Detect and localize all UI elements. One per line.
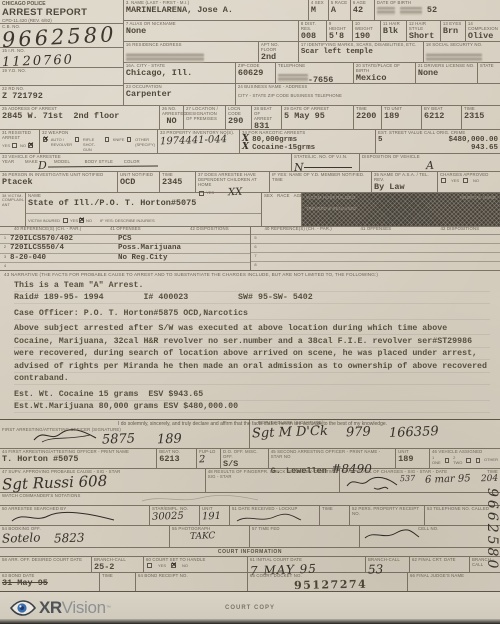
sig1-star-handwritten: 5875 xyxy=(102,432,136,446)
transport-beat-field: BY BEAT 6212 xyxy=(422,106,462,129)
officer1-fup-field: FUP-LD 2 xyxy=(197,449,221,468)
arrest-address-value: 2845 W. 71st 2nd floor xyxy=(2,112,157,121)
court-set-no-label: NO xyxy=(182,563,188,568)
offense-row-number: 3 xyxy=(0,254,10,262)
apartment-value: 2nd xyxy=(261,53,296,62)
victim-injured-label: VICTIM INJURED xyxy=(28,218,60,223)
victim-section-label: 38 VICTIM-COMPLAIN- ANT xyxy=(2,194,23,207)
searched-unit-handwritten: 191 xyxy=(202,512,227,523)
arrest-date-value: 5 May 95 xyxy=(284,112,351,121)
premises-field: 27 LOCATION / DESIGNATION OF PREMISES xyxy=(184,106,226,129)
offense-row-number: 2 xyxy=(0,244,10,252)
fingerprint-time-label: TIME xyxy=(326,470,337,480)
yd-number-field: 19 Y.D. NO. xyxy=(0,68,123,87)
asa-value: By Law xyxy=(374,183,435,192)
vehicle-other-checkbox-icon xyxy=(476,458,480,463)
sig1-field: FIRST ARRESTING/ATTESTING OFFICER (SIGNA… xyxy=(0,420,250,448)
custody-row: 50 ARRESTEE SEARCHED BY STAR/EMPL. NO. 3… xyxy=(0,506,500,526)
business-sublabel: CITY - STATE ZIP CODE BUSINESS TELEPHONE xyxy=(238,94,498,99)
weapon-other-checkbox-icon xyxy=(127,137,131,142)
city-field: 16A. CITY - STATE Chicago, Ill. xyxy=(124,63,236,83)
dob-month-redaction xyxy=(400,7,422,15)
offenses-column-label: 41 OFFENSES xyxy=(361,227,441,234)
charges-approved-yes-label: YES xyxy=(451,178,459,183)
resisted-yes-checkbox-icon xyxy=(12,143,17,148)
birthplace-value: Mexico xyxy=(356,74,413,83)
narrative-line: Case Officer: P.O. T. Horton#5875 OCD,Na… xyxy=(14,307,490,320)
street-value-field: EST. STREET VALUE CALL ORIG. CRIME 5 $48… xyxy=(376,130,500,153)
dependent-children-label: 37 DOES ARRESTEE HAVE DEPENDENT CHILDREN… xyxy=(198,173,267,188)
offense-reference: 8-20-040 xyxy=(10,254,118,262)
alias-value: None xyxy=(126,27,296,36)
race-field: 5 RACE A xyxy=(329,0,351,20)
apartment-field: APT NO. FLOOR 2nd xyxy=(259,42,299,62)
offense-description: Poss.Marijuana xyxy=(118,244,181,252)
inventory-handwritten: 1974441-044 xyxy=(160,135,237,148)
offense-description: PCS xyxy=(118,235,132,243)
id-column: CHICAGO POLICE ARREST REPORT CPD-11.420 … xyxy=(0,0,124,105)
court-set-field: 60 COURT SET TO HANDLE YES NO xyxy=(144,557,248,572)
time-fed-field: 57 TIME FED xyxy=(250,526,360,547)
officer2-unit-value: 189 xyxy=(398,455,427,464)
final-court-date-field: 62 FINAL CRT. DATE xyxy=(410,557,470,572)
district-field: 8 DIST. RES. 008 xyxy=(299,21,327,42)
officer1-print-field: 44 FIRST ARRESTING/ATTESTING OFFICER - P… xyxy=(0,449,157,468)
premises-label: 27 LOCATION / DESIGNATION OF PREMISES xyxy=(186,107,223,122)
name-value: MARINELARENA, Jose A. xyxy=(126,6,306,15)
searched-by-field: 50 ARRESTEE SEARCHED BY xyxy=(0,506,150,525)
transport-time-field: TIME 2315 xyxy=(462,106,500,129)
resisted-no-checked-checkbox-icon xyxy=(28,143,33,148)
vehicle-strike-line xyxy=(48,166,158,168)
date-received-label: 51 DATE RECEIVED - LOCKUP xyxy=(232,507,317,512)
investigative-notified-value: Ptacek xyxy=(2,178,115,187)
vehicle-two-label: 2 TWO xyxy=(453,455,463,465)
complexion-field: 14 COMPLEXION Olive xyxy=(466,21,500,42)
court-set-yes-label: YES xyxy=(158,563,166,568)
victim-sex-label: SEX xyxy=(264,194,273,199)
branch-call-1-field: BRANCH-CALL 25-2 xyxy=(92,557,144,572)
charges-approved-no-label: NO xyxy=(473,178,479,183)
watch-commander-label: WATCH COMMANDER'S NOTATIONS xyxy=(2,494,498,499)
notified-time-field: TIME 2345 xyxy=(160,172,196,192)
bond-date-field: 63 BOND DATE 31 May 95 xyxy=(0,573,100,591)
received-time-field: TIME xyxy=(320,506,350,525)
rd-number-field: 22 RD NO. Z 721792 xyxy=(0,86,123,105)
height-field: 9 HEIGHT 5'8 xyxy=(327,21,353,42)
narrative-line: This is a Team "A" Arrest. xyxy=(14,279,490,292)
sig1-unit-handwritten: 189 xyxy=(157,433,182,447)
offense-reference: 720ILCS570/402 xyxy=(10,235,118,243)
beat-of-arrest-label: 28 BEAT OF ARREST xyxy=(254,107,279,122)
unit-notified-value: OCD xyxy=(120,178,157,187)
yd-member-field: IF YES: NAME OF Y.D. MEMBER NOTIFIED. TI… xyxy=(270,172,372,192)
sig2-handwritten: Sgt M D'Ck xyxy=(252,425,328,441)
booking-officer-field: 54 BOOKING OFF. Sotelo 5823 xyxy=(0,526,170,547)
court-set-yes-checkbox-icon xyxy=(147,563,152,568)
photograph-handwritten: TAKC xyxy=(190,531,247,542)
property-receipt-field: 52 PERS. PROPERTY RECEIPT NO. xyxy=(350,506,425,525)
offense-row-3: 3 8-20-040 No Reg.City xyxy=(0,254,250,263)
offense-row-4: 4 xyxy=(0,263,250,270)
narcotics-field: 34 FOR NARCOTIC ARRESTS X 80,000grms X C… xyxy=(240,130,376,153)
narrative-line: Est. Wt. Cocaine 15 grams ESV $943.65 xyxy=(14,388,490,401)
narcotics-line2: X Cocaine-15grms xyxy=(242,143,373,152)
officer1-do-field: D.O. OFF. MISC. OFF. S/S xyxy=(221,449,269,468)
zip-field: ZIP-CODE 60629 xyxy=(236,63,276,83)
vehicle-field: 33 VEHICLE OF ARRESTEE YEAR MAKE MODEL B… xyxy=(0,154,292,171)
no-arrested-field: 26 NO. ARRESTED NO xyxy=(160,106,184,129)
arrest-report-form: CHICAGO POLICE ARREST REPORT CPD-11.420 … xyxy=(0,0,500,592)
city-value: Chicago, Ill. xyxy=(126,69,233,78)
offense-row-6: 6 xyxy=(251,244,500,253)
officer1-beat-field: BEAT NO. 6213 xyxy=(157,449,197,468)
victim-name-value: State of Ill./P.O. T. Horton#5075 xyxy=(28,199,259,208)
telephone-redaction xyxy=(278,74,308,82)
narrative-line: advised of rights per Miranda he then ma… xyxy=(14,360,490,373)
ir-number-field: 15 I.R. NO. 1120760 xyxy=(0,48,123,68)
dob-day-redaction xyxy=(377,7,395,15)
residence-redaction xyxy=(126,53,204,62)
officer1-do-value: S/S xyxy=(223,460,266,469)
victim-injured-no-label: NO xyxy=(86,218,92,223)
searched-unit-field: UNIT 191 xyxy=(200,506,230,525)
name-row: 3. NAME (LAST - FIRST - M.I.) MARINELARE… xyxy=(124,0,500,21)
offense-row-number: 5 xyxy=(251,235,261,243)
asa-field: 35 NAME OF A.S.A. / TEL. REV. By Law xyxy=(372,172,438,192)
hair-field: 11 HAIR Blk xyxy=(381,21,407,42)
occupation-row: 23 OCCUPATION Carpenter 24 BUSINESS NAME… xyxy=(124,84,500,105)
searched-star-field: STAR/EMPL. NO. 30025 xyxy=(150,506,200,525)
victim-injured-yes-checkbox-icon xyxy=(63,218,68,223)
offense-row-2: 2 720ILCS550/4 Poss.Marijuana xyxy=(0,244,250,253)
victim-injured-yes-label: YES xyxy=(70,218,78,223)
weapon-other-label: OTHER (SPECIFY) xyxy=(135,137,155,147)
vin-field: STATE/LIC. NO. OF V.I.N. N xyxy=(292,154,360,171)
street-value-2: 943.65 xyxy=(378,144,498,152)
docket-field: 65 COURT DOCKET NO. 95127274 xyxy=(248,573,408,591)
arrest-location-row: 25 ADDRESS OF ARREST 2845 W. 71st 2nd fl… xyxy=(0,106,500,130)
street-value-1: $480,000.00 xyxy=(448,136,498,144)
offenses-left-half: 40 REFERENCE(S) (CH. - PAR.) 41 OFFENSES… xyxy=(0,227,251,270)
notified-row: 36 PERSON IN INVESTIGATIVE UNIT NOTIFIED… xyxy=(0,172,500,193)
vin-label: STATE/LIC. NO. OF V.I.N. xyxy=(294,155,357,160)
marks-field: 17 IDENTIFYING MARKS, SCARS, DISABILITIE… xyxy=(299,42,424,62)
desired-court-date-label: 58 ARR. OFF. DESIRED COURT DATE xyxy=(2,558,89,563)
fingerprint-check-label: 48 RESULTS OF FINGERPR. CHECK WAIVED BY-… xyxy=(208,470,314,480)
marks-value: Scar left temple xyxy=(301,48,421,56)
booking-officer-handwritten: Sotelo xyxy=(2,531,41,544)
location-code-field: LOCN CODE 290 xyxy=(226,106,252,129)
weapon-field: 32 WEAPON AUTO / REVOLVER RIFLE SHOT-GUN… xyxy=(40,130,158,153)
hairstyle-field: 12 HAIR STYLE Short xyxy=(407,21,441,42)
approval-star-handwritten: 537 xyxy=(400,475,416,486)
court-row-2: 63 BOND DATE 31 May 95 TIME 64 BOND RECE… xyxy=(0,573,500,591)
reference-column-label: 40 REFERENCE(S) (CH. - PAR.) xyxy=(0,227,110,234)
supervisor-approval-field: 47 SUPV. APPROVING PROBABLE CAUSE - SIG … xyxy=(0,469,206,492)
district-value: 008 xyxy=(301,32,324,41)
beat-of-arrest-field: 28 BEAT OF ARREST 831 xyxy=(252,106,282,129)
location-code-value: 290 xyxy=(228,117,249,126)
offenses-column-label: 41 OFFENSES xyxy=(110,227,190,234)
transport-unit-field: TO UNIT 189 xyxy=(382,106,422,129)
approval-time-handwritten: 204 xyxy=(481,475,499,486)
date-received-scribble-icon xyxy=(234,512,304,525)
offense-row-1: 1 720ILCS570/402 PCS xyxy=(0,235,250,244)
footer-strip: XRVision™ COURT COPY xyxy=(0,592,500,624)
race-value: A xyxy=(331,6,348,15)
court-set-no-checked-checkbox-icon xyxy=(171,563,176,568)
notified-time-value: 2345 xyxy=(162,178,193,187)
zip-value: 60629 xyxy=(238,69,273,78)
received-time-label: TIME xyxy=(322,507,347,512)
victim-section-field: 38 VICTIM-COMPLAIN- ANT xyxy=(0,193,26,226)
fax-value: 5 xyxy=(378,136,383,144)
children-handwritten-mark: XX xyxy=(228,188,243,198)
offense-row-7: 7 xyxy=(251,253,500,262)
ssn-redaction xyxy=(426,53,482,62)
victim-address-redaction-band: VICTIM HOSPITALIZED HOSPITAL NAME TREATE… xyxy=(302,193,500,226)
vehicle-hw-d: D xyxy=(38,160,47,171)
watch-commander-row: WATCH COMMANDER'S NOTATIONS xyxy=(0,493,500,506)
occupation-value: Carpenter xyxy=(126,90,233,99)
offenses-left-header: 40 REFERENCE(S) (CH. - PAR.) 41 OFFENSES… xyxy=(0,227,250,235)
ssn-field: 18 SOCIAL SECURITY NO. xyxy=(424,42,500,62)
victim-race-label: RACE xyxy=(277,194,290,199)
hair-value: Blk xyxy=(383,27,404,36)
sex-field: 4 SEX M xyxy=(309,0,329,20)
hairstyle-value: Short xyxy=(409,32,438,41)
searched-star-handwritten: 30025 xyxy=(152,511,197,523)
ssn-label: 18 SOCIAL SECURITY NO. xyxy=(426,43,498,48)
children-yes-label: YES xyxy=(206,190,214,195)
name-field: 3. NAME (LAST - FIRST - M.I.) MARINELARE… xyxy=(124,0,309,20)
lockup-keeper-signature-scribble-icon xyxy=(362,528,422,542)
desired-court-date-field: 58 ARR. OFF. DESIRED COURT DATE xyxy=(0,557,92,572)
charges-approved-no-checkbox-icon xyxy=(463,178,468,183)
eyes-field: 13 EYES Brn xyxy=(441,21,466,42)
business-field: 24 BUSINESS NAME - ADDRESS CITY - STATE … xyxy=(236,84,500,105)
victim-left: NAME State of Ill./P.O. T. Horton#5075 V… xyxy=(26,193,262,226)
supervisor-row: 47 SUPV. APPROVING PROBABLE CAUSE - SIG … xyxy=(0,469,500,493)
property-receipt-label: 52 PERS. PROPERTY RECEIPT NO. xyxy=(352,507,422,517)
narrative-line: Cocaine, Marijuana, 32cal H&R revolver n… xyxy=(14,335,490,348)
rd-number-value: Z 721792 xyxy=(2,92,121,101)
booking-star-handwritten: 5823 xyxy=(54,531,85,544)
weapon-knife-checkbox-icon xyxy=(105,137,109,142)
height-value: 5'8 xyxy=(329,32,350,41)
residence-label: 16 RESIDENCE ADDRESS xyxy=(126,43,256,48)
weapon-rifle-label: RIFLE SHOT-GUN xyxy=(83,137,102,152)
photograph-field: 55 PHOTOGRAPH TAKC xyxy=(170,526,250,547)
license-state-label: STATE xyxy=(480,64,498,69)
fingerprint-date-label: DATE xyxy=(314,470,326,480)
approval-date-handwritten: 6 mar 95 xyxy=(425,474,471,486)
vehicle-row: 33 VEHICLE OF ARRESTEE YEAR MAKE MODEL B… xyxy=(0,154,500,172)
yd-member-label: IF YES: NAME OF Y.D. MEMBER NOTIFIED. TI… xyxy=(272,173,369,183)
dob-year-value: 52 xyxy=(427,6,437,15)
dob-field: DATE OF BIRTH 52 xyxy=(375,0,500,20)
residence-row: 16 RESIDENCE ADDRESS APT NO. FLOOR 2nd 1… xyxy=(124,42,500,63)
narrative-line: Est.Wt.Marijuana 80,000 grams ESV $480,0… xyxy=(14,401,490,414)
dispositions-column-label: 42 DISPOSITIONS xyxy=(441,227,480,234)
weight-value: 190 xyxy=(355,32,378,41)
offense-row-number: 6 xyxy=(251,244,261,252)
weapon-label: 32 WEAPON xyxy=(42,131,155,136)
officer1-print-value: T. Horton #5075 xyxy=(2,455,154,464)
narrative-line: Raid# 189-95- 1994 I# 400023 SW# 95-SW- … xyxy=(14,292,490,305)
vehicle-two-checkbox-icon xyxy=(466,458,470,463)
age-field: 6 AGE 42 xyxy=(351,0,375,20)
sig2-star-handwritten: 979 xyxy=(346,426,371,440)
narcotics-cocaine-value: Cocaine-15grms xyxy=(252,144,315,152)
sig2-number-handwritten: 166359 xyxy=(388,425,438,440)
watch-commander-field: WATCH COMMANDER'S NOTATIONS xyxy=(0,493,500,505)
narrative-line: contraband. xyxy=(14,373,490,386)
officer1-fup-value: 2 xyxy=(199,455,218,466)
officer1-beat-value: 6213 xyxy=(159,455,194,464)
bond-receipt-field: 64 BOND RECEIPT NO. xyxy=(136,573,248,591)
docket-number-stamp: 95127274 xyxy=(294,577,405,592)
sig2-field: DEPUTY CLERK (SIGNATURE) Sgt M D'Ck 979 … xyxy=(250,420,500,448)
offense-row-number: 1 xyxy=(0,235,10,243)
searched-by-label: 50 ARRESTEE SEARCHED BY xyxy=(2,507,147,512)
cb-number-field: C.B. NO. 9662580 xyxy=(0,24,123,48)
weapon-rifle-checkbox-icon xyxy=(75,137,79,142)
drivers-license-field: 21 DRIVERS LICENSE NO. None xyxy=(416,63,478,83)
court-row-1: 58 ARR. OFF. DESIRED COURT DATE BRANCH-C… xyxy=(0,557,500,573)
narrative-line: were recovered, during search of locatio… xyxy=(14,348,490,361)
inventory-field: 33 PROPERTY INVENTORY NO(S). 1974441-044 xyxy=(158,130,240,153)
attestation-row: I do solemnly, sincerely, and truly decl… xyxy=(0,419,500,449)
cb-number-handwritten: 9662580 xyxy=(2,24,122,51)
offense-row-number: 4 xyxy=(0,263,10,270)
booking-row: 54 BOOKING OFF. Sotelo 5823 55 PHOTOGRAP… xyxy=(0,526,500,548)
weapon-knife-label: KNIFE xyxy=(113,137,125,142)
resisted-arrest-field: 31 RESISTED ARREST YES NO xyxy=(0,130,40,153)
bond-date-value: 31 May 95 xyxy=(2,579,97,588)
dispositions-column-label: 42 DISPOSITIONS xyxy=(190,227,229,234)
business-label: 24 BUSINESS NAME - ADDRESS xyxy=(238,85,498,90)
weapon-revolver-checked-checkbox-icon xyxy=(43,137,47,142)
offense-reference: 720ILCS550/4 xyxy=(10,244,118,252)
resisted-yes-label: YES xyxy=(2,143,10,148)
alias-field: 7 ALIAS OR NICKNAME None xyxy=(124,21,299,42)
print-names-row: 44 FIRST ARRESTING/ATTESTING OFFICER - P… xyxy=(0,449,500,469)
complexion-value: Olive xyxy=(468,32,498,41)
vehicle-one-checkbox-icon xyxy=(445,458,449,463)
final-court-date-label: 62 FINAL CRT. DATE xyxy=(412,558,467,563)
victim-hospitalized-label: VICTIM HOSPITALIZED xyxy=(306,196,355,201)
offenses-table: 40 REFERENCE(S) (CH. - PAR.) 41 OFFENSES… xyxy=(0,227,500,271)
weapon-narcotics-row: 31 RESISTED ARREST YES NO 32 WEAPON AUTO… xyxy=(0,130,500,154)
victim-injured-no-checked-checkbox-icon xyxy=(79,218,84,223)
officer2-print-field: 45 SECOND ARRESTING OFFICER - PRINT NAME… xyxy=(269,449,396,468)
ir-number-handwritten: 1120760 xyxy=(2,52,121,69)
victim-injured-field: VICTIM INJURED YES NO IF YES: DESCRIBE I… xyxy=(26,214,261,226)
victim-block: 38 VICTIM-COMPLAIN- ANT NAME State of Il… xyxy=(0,193,500,227)
vehicle-other-label: OTHER xyxy=(484,457,498,462)
vehicle-disposition-field: DISPOSITION OF VEHICLE A xyxy=(360,154,500,171)
yd-number-label: 19 Y.D. NO. xyxy=(2,69,121,74)
time-fed-label: 57 TIME FED xyxy=(252,527,357,532)
eyes-value: Brn xyxy=(443,27,463,36)
date-received-field: 51 DATE RECEIVED - LOCKUP xyxy=(230,506,320,525)
resisted-arrest-label: 31 RESISTED ARREST xyxy=(2,131,37,141)
hospital-name-label: HOSPITAL NAME xyxy=(460,196,496,201)
weight-field: 10 WEIGHT 190 xyxy=(353,21,381,42)
sex-value: M xyxy=(311,6,326,15)
vehicle-assigned-field: 46 VEHICLE ASSIGNED 1 ONE 2 TWO OTHER xyxy=(430,449,500,468)
describe-injuries-label: IF YES: DESCRIBE INJURIES xyxy=(100,218,155,223)
officer2-unit-field: UNIT 189 xyxy=(396,449,430,468)
residence-field: 16 RESIDENCE ADDRESS xyxy=(124,42,259,62)
form-title-block: CHICAGO POLICE ARREST REPORT CPD-11.420 … xyxy=(0,0,123,24)
offenses-right-header: 40 REFERENCE(S) (CH. - PAR.) 41 OFFENSES… xyxy=(251,227,500,235)
offense-description: No Reg.City xyxy=(118,254,168,262)
offense-row-5: 5 xyxy=(251,235,500,244)
searched-by-signature-scribble-icon xyxy=(8,510,118,526)
no-arrested-value: NO xyxy=(162,117,181,126)
birthplace-field: 20 STATE/PLACE OF BIRTH Mexico xyxy=(354,63,416,83)
license-state-field: STATE xyxy=(478,63,500,83)
bond-time-field: TIME xyxy=(100,573,136,591)
fingerprint-check-field: 48 RESULTS OF FINGERPR. CHECK WAIVED BY-… xyxy=(206,469,340,492)
narrative-line: Above subject arrested after S/W was exe… xyxy=(14,323,490,336)
weapon-revolver-label: AUTO / REVOLVER xyxy=(51,137,73,147)
offense-row-number: 7 xyxy=(251,253,261,261)
narrative-block: This is a Team "A" Arrest. Raid# 189-95-… xyxy=(0,277,500,419)
bond-receipt-label: 64 BOND RECEIPT NO. xyxy=(138,574,245,579)
victim-sex-race-age-field: SEX RACE AGE xyxy=(262,193,302,226)
approval-signature-scribble-icon xyxy=(344,474,400,492)
arrest-report-scan: CHICAGO POLICE ARREST REPORT CPD-11.420 … xyxy=(0,0,500,624)
unit-notified-field: UNIT NOTIFIED OCD xyxy=(118,172,160,192)
bond-time-label: TIME xyxy=(102,574,133,579)
dependent-children-field: 37 DOES ARRESTEE HAVE DEPENDENT CHILDREN… xyxy=(196,172,270,192)
transport-beat-value: 6212 xyxy=(424,112,459,121)
telephone-field: TELEPHONE -7656 xyxy=(276,63,354,83)
transport-unit-value: 189 xyxy=(384,112,419,121)
treated-released-label: TREATED & RELEASED xyxy=(306,207,496,212)
children-yes-checkbox-icon xyxy=(199,191,204,196)
court-copy-label: COURT COPY xyxy=(0,605,500,611)
reference-column-label: 40 REFERENCE(S) (CH. - PAR.) xyxy=(251,227,361,234)
arrest-address-field: 25 ADDRESS OF ARREST 2845 W. 71st 2nd fl… xyxy=(0,106,160,129)
resisted-no-label: NO xyxy=(20,143,26,148)
top-section: CHICAGO POLICE ARREST REPORT CPD-11.420 … xyxy=(0,0,500,106)
initial-court-date-field: 61 INITIAL COURT DATE 7 MAY 95 xyxy=(248,557,366,572)
charges-approval-field: 49 APPROVAL OF CHARGES - SIG - STAR - DA… xyxy=(340,469,500,492)
officer2-print-label: 45 SECOND ARRESTING OFFICER - PRINT NAME… xyxy=(271,450,393,460)
charges-approved-field: CHARGES APPROVED YES NO xyxy=(438,172,500,192)
investigative-notified-field: 36 PERSON IN INVESTIGATIVE UNIT NOTIFIED… xyxy=(0,172,118,192)
identity-rows: 3. NAME (LAST - FIRST - M.I.) MARINELARE… xyxy=(124,0,500,105)
drivers-license-value: None xyxy=(418,69,475,78)
branch-call-1-value: 25-2 xyxy=(94,563,141,572)
court-info-header: COURT INFORMATION xyxy=(0,549,500,555)
form-title: ARREST REPORT xyxy=(2,7,121,18)
charges-approved-yes-checkbox-icon xyxy=(441,178,446,183)
branch-call-2-field: BRANCH-CALL 53 xyxy=(366,557,410,572)
vin-strike-line xyxy=(304,167,352,168)
city-row: 16A. CITY - STATE Chicago, Ill. ZIP-CODE… xyxy=(124,63,500,84)
occupation-field: 23 OCCUPATION Carpenter xyxy=(124,84,236,105)
arrest-time-field: TIME 2200 xyxy=(354,106,382,129)
alias-physical-row: 7 ALIAS OR NICKNAME None 8 DIST. RES. 00… xyxy=(124,21,500,43)
vehicle-one-label: 1 ONE xyxy=(432,455,442,465)
arrest-time-value: 2200 xyxy=(356,112,379,121)
